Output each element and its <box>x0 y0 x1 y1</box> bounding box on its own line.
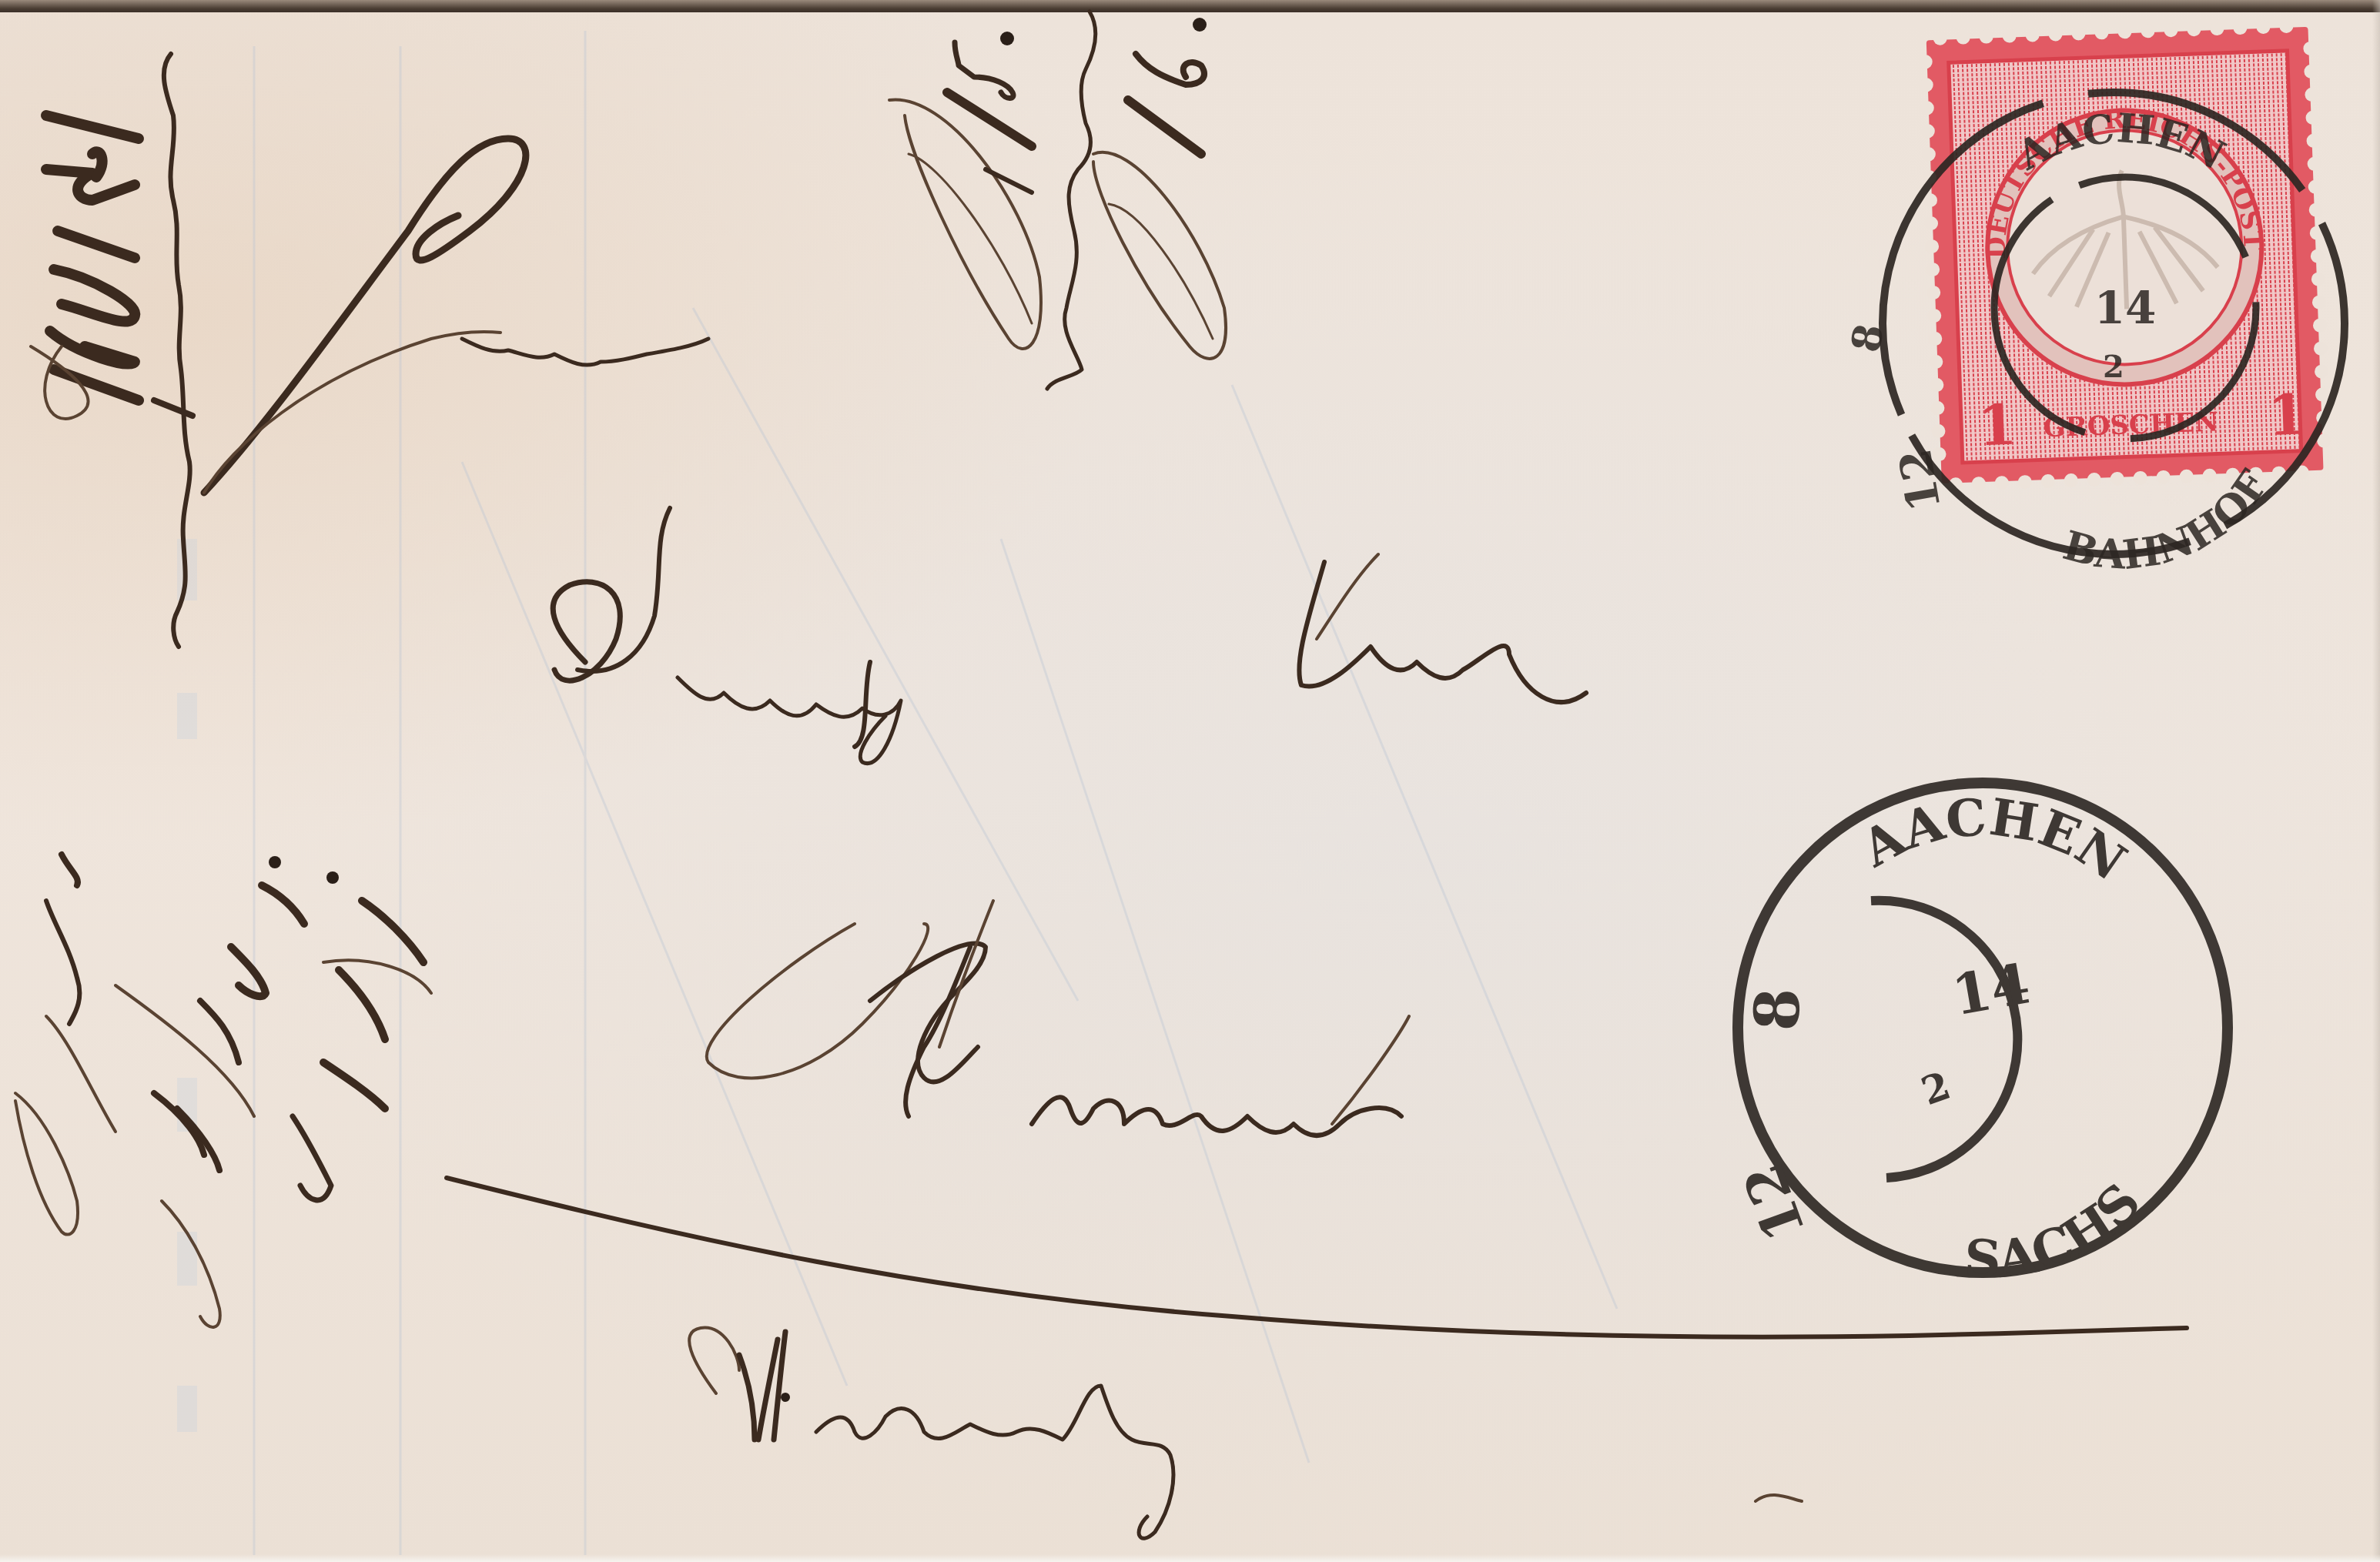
postmark-main: AACHEN 14 2 8 12 SACHS <box>0 0 2380 1562</box>
postmark-main-day: 14 <box>1947 950 2034 1028</box>
postmark-main-year: 12 <box>1730 1155 1818 1249</box>
postmark-main-month: 2 <box>1916 1062 1957 1114</box>
postmark-inner-arc <box>1871 901 2017 1178</box>
postmark-main-lower: SACHS <box>1963 1172 2152 1289</box>
postmark-main-hour: 8 <box>1740 987 1814 1032</box>
